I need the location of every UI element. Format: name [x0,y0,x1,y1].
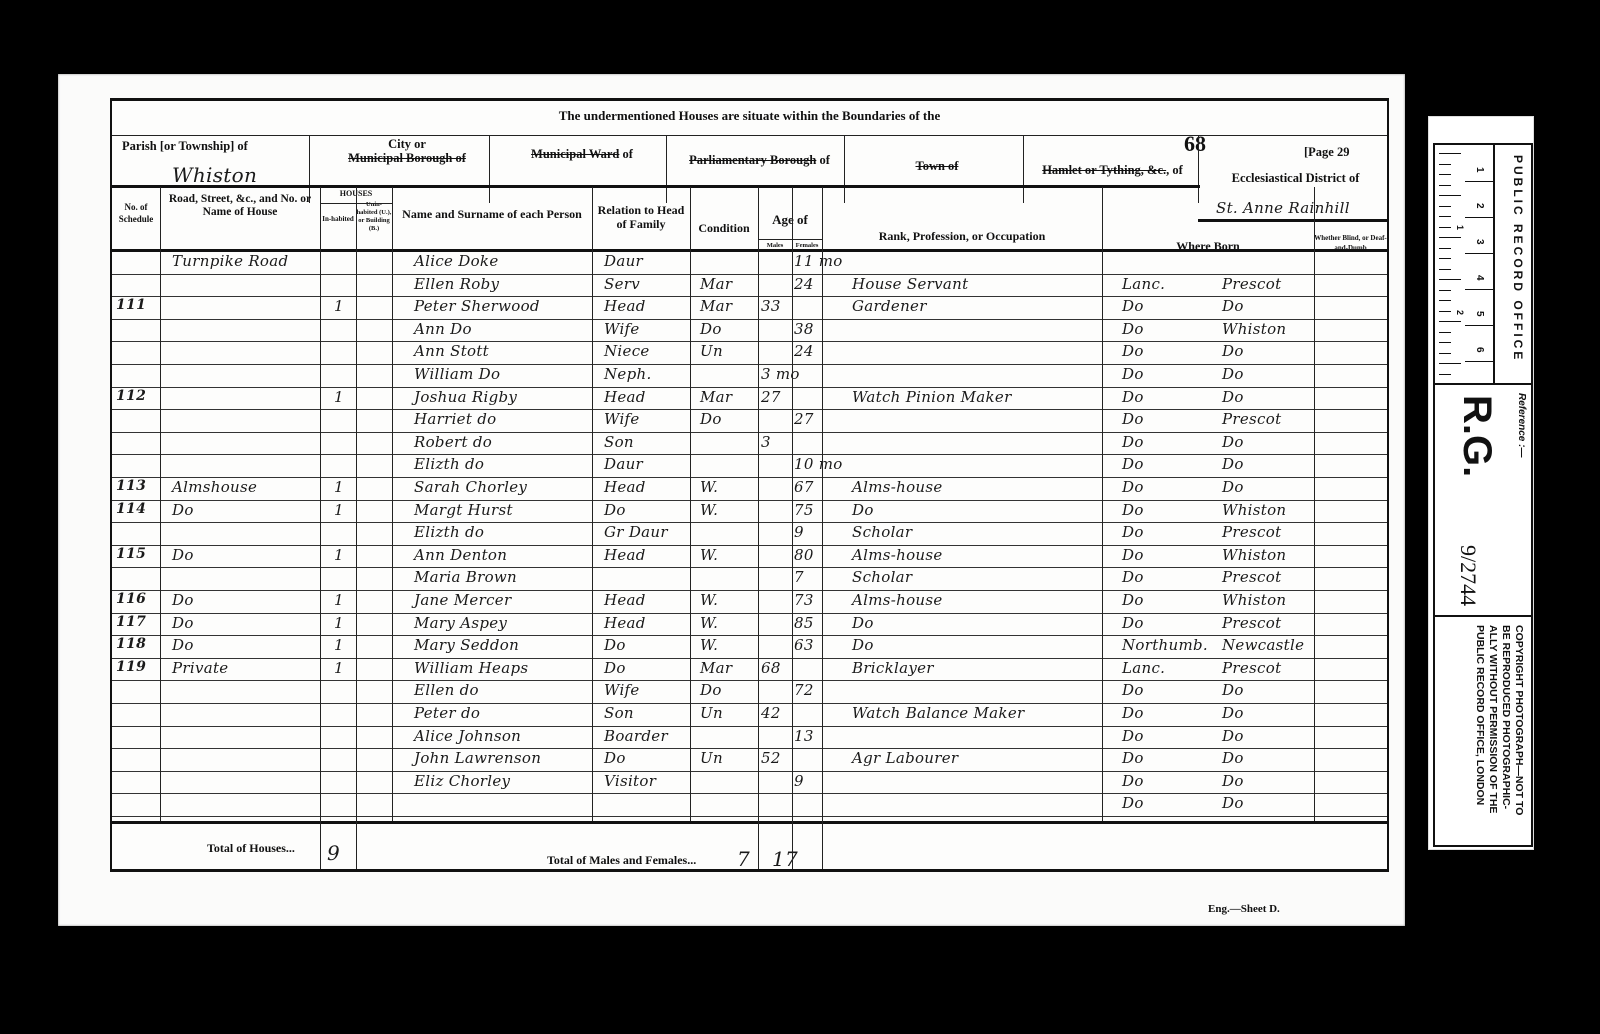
person-name: Sarah Chorley [414,478,527,496]
relation: Head [604,388,646,406]
table-row: Ellen RobyServMar24House ServantLanc.Pre… [112,274,1387,297]
born-place: Do [1222,433,1244,451]
condition: W. [700,478,718,496]
person-name: Ann Do [414,320,472,338]
field-city-label: City orMunicipal Borough of [322,137,492,165]
occupation: Alms-house [852,591,943,609]
age-female: 80 [794,546,814,564]
office-label: PUBLIC RECORD OFFICE [1511,155,1525,362]
person-name: Jane Mercer [414,591,511,609]
person-name: William Heaps [414,659,528,677]
occupation: Scholar [852,523,912,541]
born-place: Do [1222,478,1244,496]
born-place: Do [1222,365,1244,383]
schedule-number: 111 [116,297,146,313]
age-female: 13 [794,727,814,745]
table-row: 118Do1Mary SeddonDoW.63DoNorthumb.Newcas… [112,635,1387,658]
born-county: Do [1122,501,1144,519]
person-name: William Do [414,365,500,383]
person-name: Elizth do [414,523,484,541]
born-place: Whiston [1222,546,1286,564]
born-place: Do [1222,704,1244,722]
copyright-notice: COPYRIGHT PHOTOGRAPH—NOT TO BE REPRODUCE… [1473,625,1525,815]
born-county: Do [1122,546,1144,564]
reference-strip: PUBLIC RECORD OFFICE 12345612 Reference … [1428,116,1534,850]
scale-number: 4 [1474,275,1485,281]
person-name: Mary Aspey [414,614,507,632]
condition: Mar [700,388,732,406]
person-name: John Lawrenson [414,749,541,767]
age-female: 24 [794,342,814,360]
born-county: Do [1122,433,1144,451]
column-header-age: Age of [758,213,822,227]
born-county: Do [1122,568,1144,586]
column-header-schedule: No. of Schedule [112,201,160,225]
born-place: Do [1222,388,1244,406]
table-row: Maria Brown7ScholarDoPrescot [112,567,1387,590]
table-row: Alice JohnsonBoarder13DoDo [112,726,1387,749]
total-persons-label: Total of Males and Females... [547,853,696,867]
relation: Head [604,591,646,609]
total-houses-value: 9 [327,841,340,865]
condition: Un [700,749,723,767]
condition: W. [700,636,718,654]
table-row: Harriet doWifeDo27DoPrescot [112,409,1387,432]
age-female: 10 mo [794,455,843,473]
relation: Gr Daur [604,523,668,541]
person-name: Margt Hurst [414,501,513,519]
condition: W. [700,501,718,519]
born-place: Newcastle [1222,636,1304,654]
age-male: 42 [761,704,781,722]
condition: Un [700,342,723,360]
age-female: 75 [794,501,814,519]
road-name: Private [172,659,228,677]
occupation: Do [852,614,874,632]
born-place: Prescot [1222,568,1281,586]
relation: Daur [604,252,643,270]
table-row: Eliz ChorleyVisitor9DoDo [112,771,1387,794]
condition: Do [700,320,722,338]
total-males-value: 7 [737,847,750,871]
age-male: 52 [761,749,781,767]
age-female: 63 [794,636,814,654]
born-county: Do [1122,297,1144,315]
schedule-number: 114 [116,501,146,517]
relation: Head [604,297,646,315]
relation: Neph. [604,365,652,383]
born-county: Do [1122,455,1144,473]
occupation: Alms-house [852,546,943,564]
condition: W. [700,614,718,632]
table-row: 1111Peter SherwoodHeadMar33GardenerDoDo [112,296,1387,319]
schedule-number: 112 [116,388,146,404]
born-county: Do [1122,478,1144,496]
born-place: Prescot [1222,410,1281,428]
occupation: Agr Labourer [852,749,958,767]
born-county: Northumb. [1122,636,1208,654]
born-place: Whiston [1222,501,1286,519]
born-place: Prescot [1222,275,1281,293]
condition: Mar [700,275,732,293]
born-place: Whiston [1222,591,1286,609]
born-place: Do [1222,455,1244,473]
occupation: Watch Pinion Maker [852,388,1012,406]
column-header-occupation: Rank, Profession, or Occupation [822,229,1102,243]
age-female: 11 mo [794,252,843,270]
schedule-number: 119 [116,659,146,675]
born-county: Do [1122,794,1144,812]
table-row: 1121Joshua RigbyHeadMar27Watch Pinion Ma… [112,387,1387,410]
relation: Do [604,659,626,677]
piece-number: 9/2744 [1455,545,1481,606]
born-county: Do [1122,727,1144,745]
column-header-uninhabited: Unin-habited (U.), or Building (B.) [356,201,392,233]
born-county: Do [1122,591,1144,609]
person-name: Mary Seddon [414,636,519,654]
occupation: Scholar [852,568,912,586]
table-row: Elizth doDaur10 moDoDo [112,454,1387,477]
relation: Boarder [604,727,668,745]
born-place: Do [1222,794,1244,812]
occupation: Watch Balance Maker [852,704,1024,722]
scale-number: 6 [1474,347,1485,353]
schedule-number: 113 [116,478,146,494]
age-female: 27 [794,410,814,428]
born-county: Do [1122,749,1144,767]
born-place: Whiston [1222,320,1286,338]
born-county: Do [1122,681,1144,699]
scale-number: 1 [1474,167,1485,173]
person-name: Peter Sherwood [414,297,540,315]
born-county: Do [1122,772,1144,790]
condition: W. [700,546,718,564]
column-header-road: Road, Street, &c., and No. or Name of Ho… [164,193,316,219]
person-name: Harriet do [414,410,496,428]
table-row: Ellen doWifeDo72DoDo [112,680,1387,703]
table-row: Ann StottNieceUn24DoDo [112,341,1387,364]
total-females-value: 17 [772,847,798,871]
born-place: Do [1222,297,1244,315]
age-female: 24 [794,275,814,293]
inhabited-count: 1 [334,501,344,519]
inhabited-count: 1 [334,614,344,632]
schedule-number: 115 [116,546,146,562]
born-county: Do [1122,523,1144,541]
born-place: Prescot [1222,659,1281,677]
table-row: 116Do1Jane MercerHeadW.73Alms-houseDoWhi… [112,590,1387,613]
road-name: Turnpike Road [172,252,288,270]
table-row: 114Do1Margt HurstDoW.75DoDoWhiston [112,500,1387,523]
person-name: Ellen do [414,681,479,699]
schedule-number: 117 [116,614,146,630]
reference-label: Reference :— [1516,393,1527,457]
age-female: 73 [794,591,814,609]
field-parish-value: Whiston [172,163,257,187]
banner-text: The undermentioned Houses are situate wi… [112,101,1387,131]
relation: Wife [604,410,640,428]
relation: Head [604,614,646,632]
person-name: Robert do [414,433,492,451]
person-name: Ann Stott [414,342,489,360]
field-ward-label: Municipal Ward of [502,147,662,161]
person-name: Peter do [414,704,480,722]
age-male: 68 [761,659,781,677]
road-name: Do [172,501,194,519]
condition: Do [700,410,722,428]
condition: Mar [700,297,732,315]
condition: W. [700,591,718,609]
relation: Do [604,636,626,654]
occupation: Do [852,636,874,654]
table-row: 113Almshouse1Sarah ChorleyHeadW.67Alms-h… [112,477,1387,500]
table-row: William DoNeph.3 moDoDo [112,364,1387,387]
sheet-label: Eng.—Sheet D. [1208,903,1280,915]
table-row: Turnpike RoadAlice DokeDaur11 mo [112,251,1387,274]
age-female: 9 [794,772,804,790]
relation: Wife [604,681,640,699]
born-county: Do [1122,410,1144,428]
born-county: Do [1122,388,1144,406]
age-female: 85 [794,614,814,632]
born-place: Prescot [1222,614,1281,632]
table-row: 117Do1Mary AspeyHeadW.85DoDoPrescot [112,613,1387,636]
schedule-number: 118 [116,636,146,652]
inhabited-count: 1 [334,297,344,315]
table-row: Elizth doGr Daur9ScholarDoPrescot [112,522,1387,545]
total-houses-label: Total of Houses... [207,841,295,855]
person-name: Eliz Chorley [414,772,510,790]
column-header-inhabited: In-habited [320,215,356,224]
relation: Visitor [604,772,656,790]
condition: Mar [700,659,732,677]
table-row: DoDo [112,793,1387,816]
age-female: 67 [794,478,814,496]
occupation: Gardener [852,297,927,315]
road-name: Do [172,591,194,609]
table-row: John LawrensonDoUn52Agr LabourerDoDo [112,748,1387,771]
occupation: House Servant [852,275,968,293]
condition: Do [700,681,722,699]
born-place: Do [1222,342,1244,360]
relation: Son [604,704,634,722]
table-row: 119Private1William HeapsDoMar68Bricklaye… [112,658,1387,681]
relation: Son [604,433,634,451]
relation: Serv [604,275,640,293]
column-header-relation: Relation to Head of Family [592,203,690,231]
person-name: Elizth do [414,455,484,473]
schedule-number: 116 [116,591,146,607]
occupation: Do [852,501,874,519]
born-county: Do [1122,342,1144,360]
born-county: Do [1122,320,1144,338]
page-label: [Page 29 [1304,145,1349,159]
age-male: 3 [761,433,771,451]
table-row: Peter doSonUn42Watch Balance MakerDoDo [112,703,1387,726]
column-header-condition: Condition [690,221,758,235]
occupation: Alms-house [852,478,943,496]
age-female: 72 [794,681,814,699]
inhabited-count: 1 [334,546,344,564]
census-form: The undermentioned Houses are situate wi… [110,98,1389,872]
born-county: Do [1122,704,1144,722]
age-male: 33 [761,297,781,315]
born-place: Do [1222,727,1244,745]
inch-number: 2 [1455,310,1465,315]
road-name: Almshouse [172,478,257,496]
age-female: 9 [794,523,804,541]
inch-number: 1 [1455,225,1465,230]
series-code: R.G. [1454,395,1499,477]
occupation: Bricklayer [852,659,934,677]
road-name: Do [172,636,194,654]
field-parliamentary-label: Parliamentary Borough of [672,153,847,167]
age-male: 27 [761,388,781,406]
inhabited-count: 1 [334,591,344,609]
inhabited-count: 1 [334,388,344,406]
person-name: Alice Johnson [414,727,521,745]
born-county: Lanc. [1122,275,1165,293]
field-parish-label: Parish [or Township] of [122,139,302,153]
born-place: Prescot [1222,523,1281,541]
inhabited-count: 1 [334,478,344,496]
born-county: Do [1122,614,1144,632]
age-female: 7 [794,568,804,586]
inhabited-count: 1 [334,636,344,654]
born-place: Do [1222,681,1244,699]
field-ecclesiastical-label: Ecclesiastical District of [1208,171,1383,185]
relation: Wife [604,320,640,338]
condition: Un [700,704,723,722]
relation: Do [604,501,626,519]
inhabited-count: 1 [334,659,344,677]
field-town-label: Town of [857,159,1017,173]
table-row: Ann DoWifeDo38DoWhiston [112,319,1387,342]
person-name: Joshua Rigby [414,388,517,406]
relation: Head [604,478,646,496]
relation: Do [604,749,626,767]
column-header-name: Name and Surname of each Person [402,207,582,221]
age-female: 38 [794,320,814,338]
field-hamlet-label: Hamlet or Tything, &c., of [1030,163,1195,177]
relation: Head [604,546,646,564]
born-county: Do [1122,365,1144,383]
field-ecclesiastical-value: St. Anne Rainhill [1216,199,1350,217]
born-county: Lanc. [1122,659,1165,677]
person-name: Alice Doke [414,252,499,270]
person-name: Maria Brown [414,568,517,586]
born-place: Do [1222,772,1244,790]
relation: Niece [604,342,650,360]
age-male: 3 mo [761,365,800,383]
relation: Daur [604,455,643,473]
road-name: Do [172,614,194,632]
scale-number: 2 [1474,203,1485,209]
born-place: Do [1222,749,1244,767]
table-row: 115Do1Ann DentonHeadW.80Alms-houseDoWhis… [112,545,1387,568]
road-name: Do [172,546,194,564]
person-name: Ellen Roby [414,275,499,293]
scale-number: 3 [1474,239,1485,245]
table-row: Robert doSon3DoDo [112,432,1387,455]
person-name: Ann Denton [414,546,507,564]
scale-number: 5 [1474,311,1485,317]
